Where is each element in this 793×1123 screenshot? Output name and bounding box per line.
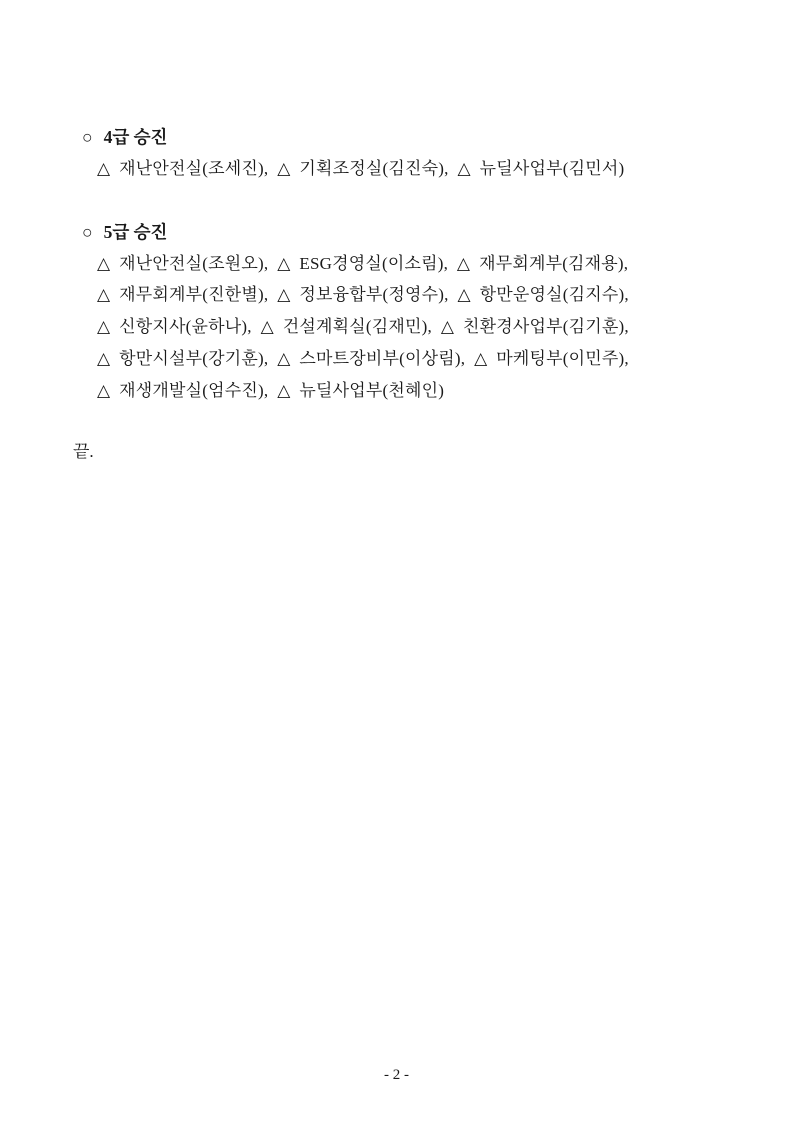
promotion-section-grade5: ○5급 승진 △ 재난안전실(조원오), △ ESG경영실(이소림), △ 재무… bbox=[0, 216, 793, 407]
closing-text: 끝. bbox=[73, 436, 793, 468]
promotion-line: △ 재난안전실(조세진), △ 기획조정실(김진숙), △ 뉴딜사업부(김민서) bbox=[97, 153, 793, 185]
section-lines-grade5: △ 재난안전실(조원오), △ ESG경영실(이소림), △ 재무회계부(김재용… bbox=[97, 248, 793, 407]
circle-bullet-icon: ○ bbox=[82, 216, 93, 248]
promotion-line: △ 재난안전실(조원오), △ ESG경영실(이소림), △ 재무회계부(김재용… bbox=[97, 248, 793, 280]
promotion-line: △ 재생개발실(엄수진), △ 뉴딜사업부(천혜인) bbox=[97, 375, 793, 407]
promotion-section-grade4: ○4급 승진 △ 재난안전실(조세진), △ 기획조정실(김진숙), △ 뉴딜사… bbox=[0, 121, 793, 185]
promotion-line: △ 항만시설부(강기훈), △ 스마트장비부(이상림), △ 마케팅부(이민주)… bbox=[97, 343, 793, 375]
document-page: ○4급 승진 △ 재난안전실(조세진), △ 기획조정실(김진숙), △ 뉴딜사… bbox=[0, 0, 793, 1123]
section-title-grade4: 4급 승진 bbox=[104, 127, 168, 147]
page-number: - 2 - bbox=[0, 1064, 793, 1086]
promotion-line: △ 재무회계부(진한별), △ 정보융합부(정영수), △ 항만운영실(김지수)… bbox=[97, 279, 793, 311]
section-heading-grade4: ○4급 승진 bbox=[82, 121, 793, 153]
circle-bullet-icon: ○ bbox=[82, 121, 93, 153]
section-title-grade5: 5급 승진 bbox=[104, 222, 168, 242]
section-lines-grade4: △ 재난안전실(조세진), △ 기획조정실(김진숙), △ 뉴딜사업부(김민서) bbox=[97, 153, 793, 185]
promotion-line: △ 신항지사(윤하나), △ 건설계획실(김재민), △ 친환경사업부(김기훈)… bbox=[97, 311, 793, 343]
document-content: ○4급 승진 △ 재난안전실(조세진), △ 기획조정실(김진숙), △ 뉴딜사… bbox=[0, 0, 793, 468]
section-heading-grade5: ○5급 승진 bbox=[82, 216, 793, 248]
